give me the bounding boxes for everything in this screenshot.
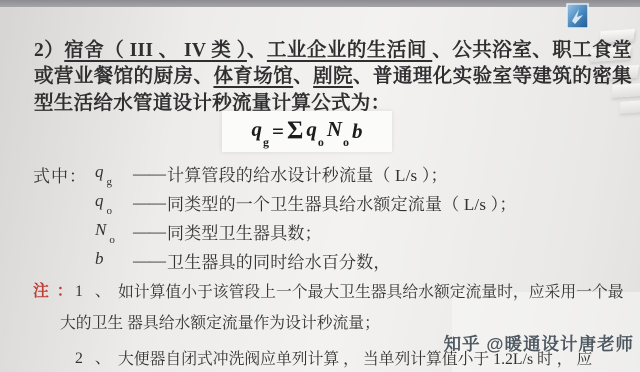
definition-text: 同类型的一个卫生器具给水额定流量（ L/s ）； (167, 190, 517, 215)
definition-row-qo: qo —— 同类型的一个卫生器具给水额定流量（ L/s ）； (95, 188, 613, 217)
note-text: 如计算值小于该管段上一个最大卫生器具给水额定流量时，应采用一个最大的卫生 器具给… (60, 274, 630, 339)
notes-section: 注 ： 1 、 如计算值小于该管段上一个最大卫生器具给水额定流量时，应采用一个最… (33, 274, 633, 372)
symbol-no: No (95, 220, 133, 242)
definition-row-no: No —— 同类型卫生器具数； (95, 217, 613, 246)
underlined-term: 宿舍（ III 、 IV 类 ） (64, 40, 247, 61)
sigma-symbol: Σ (287, 117, 303, 145)
definitions-intro: 式中： (33, 162, 87, 187)
formula-b: b (352, 119, 363, 144)
definition-text: 卫生器具的同时给水百分数， (167, 248, 391, 273)
definition-dash: —— (133, 164, 165, 184)
definition-dash: —— (133, 251, 165, 271)
equals-sign: = (272, 119, 284, 144)
top-gray-bar (0, 0, 640, 7)
text-run: 2） (34, 40, 64, 61)
symbol-qo: qo (95, 191, 133, 213)
blue-cube-icon (566, 3, 589, 29)
underlined-term: 剧院 (313, 66, 353, 87)
zhihu-watermark: 知乎 @暖通设计唐老师 (444, 331, 634, 356)
note-item-1: 1 、 如计算值小于该管段上一个最大卫生器具给水额定流量时，应采用一个最大的卫生… (33, 274, 633, 339)
definition-row-b: b —— 卫生器具的同时给水百分数， (95, 246, 613, 275)
definition-text: 同类型卫生器具数； (167, 219, 322, 244)
intro-paragraph: 2）宿舍（ III 、 IV 类 ）、工业企业的生活间 、公共浴室、职工食堂或营… (34, 38, 632, 118)
definition-dash: —— (133, 222, 165, 242)
note-number: 2 、 (75, 345, 115, 368)
definition-row-qg: qg —— 计算管段的给水设计秒流量（ L/s ）； (95, 159, 613, 188)
formula-qg: qg (252, 117, 270, 145)
underlined-term: 工业企业的生活间 (267, 40, 432, 61)
text-run: 、 (293, 66, 313, 87)
underlined-term: 体育场馆 (213, 66, 293, 87)
formula-box: qg = Σ qo No b (222, 111, 392, 152)
note-number: 1 、 (75, 278, 115, 301)
symbol-qg: qg (95, 162, 133, 184)
definition-text: 计算管段的给水设计秒流量（ L/s ）； (167, 161, 448, 186)
symbol-b: b (95, 249, 133, 271)
definition-dash: —— (133, 193, 165, 213)
formula-no: No (327, 117, 349, 145)
formula-qo: qo (306, 117, 324, 145)
definitions-section: 式中： qg —— 计算管段的给水设计秒流量（ L/s ）； qo —— 同类型… (33, 159, 613, 275)
text-run: 、 (247, 40, 267, 61)
